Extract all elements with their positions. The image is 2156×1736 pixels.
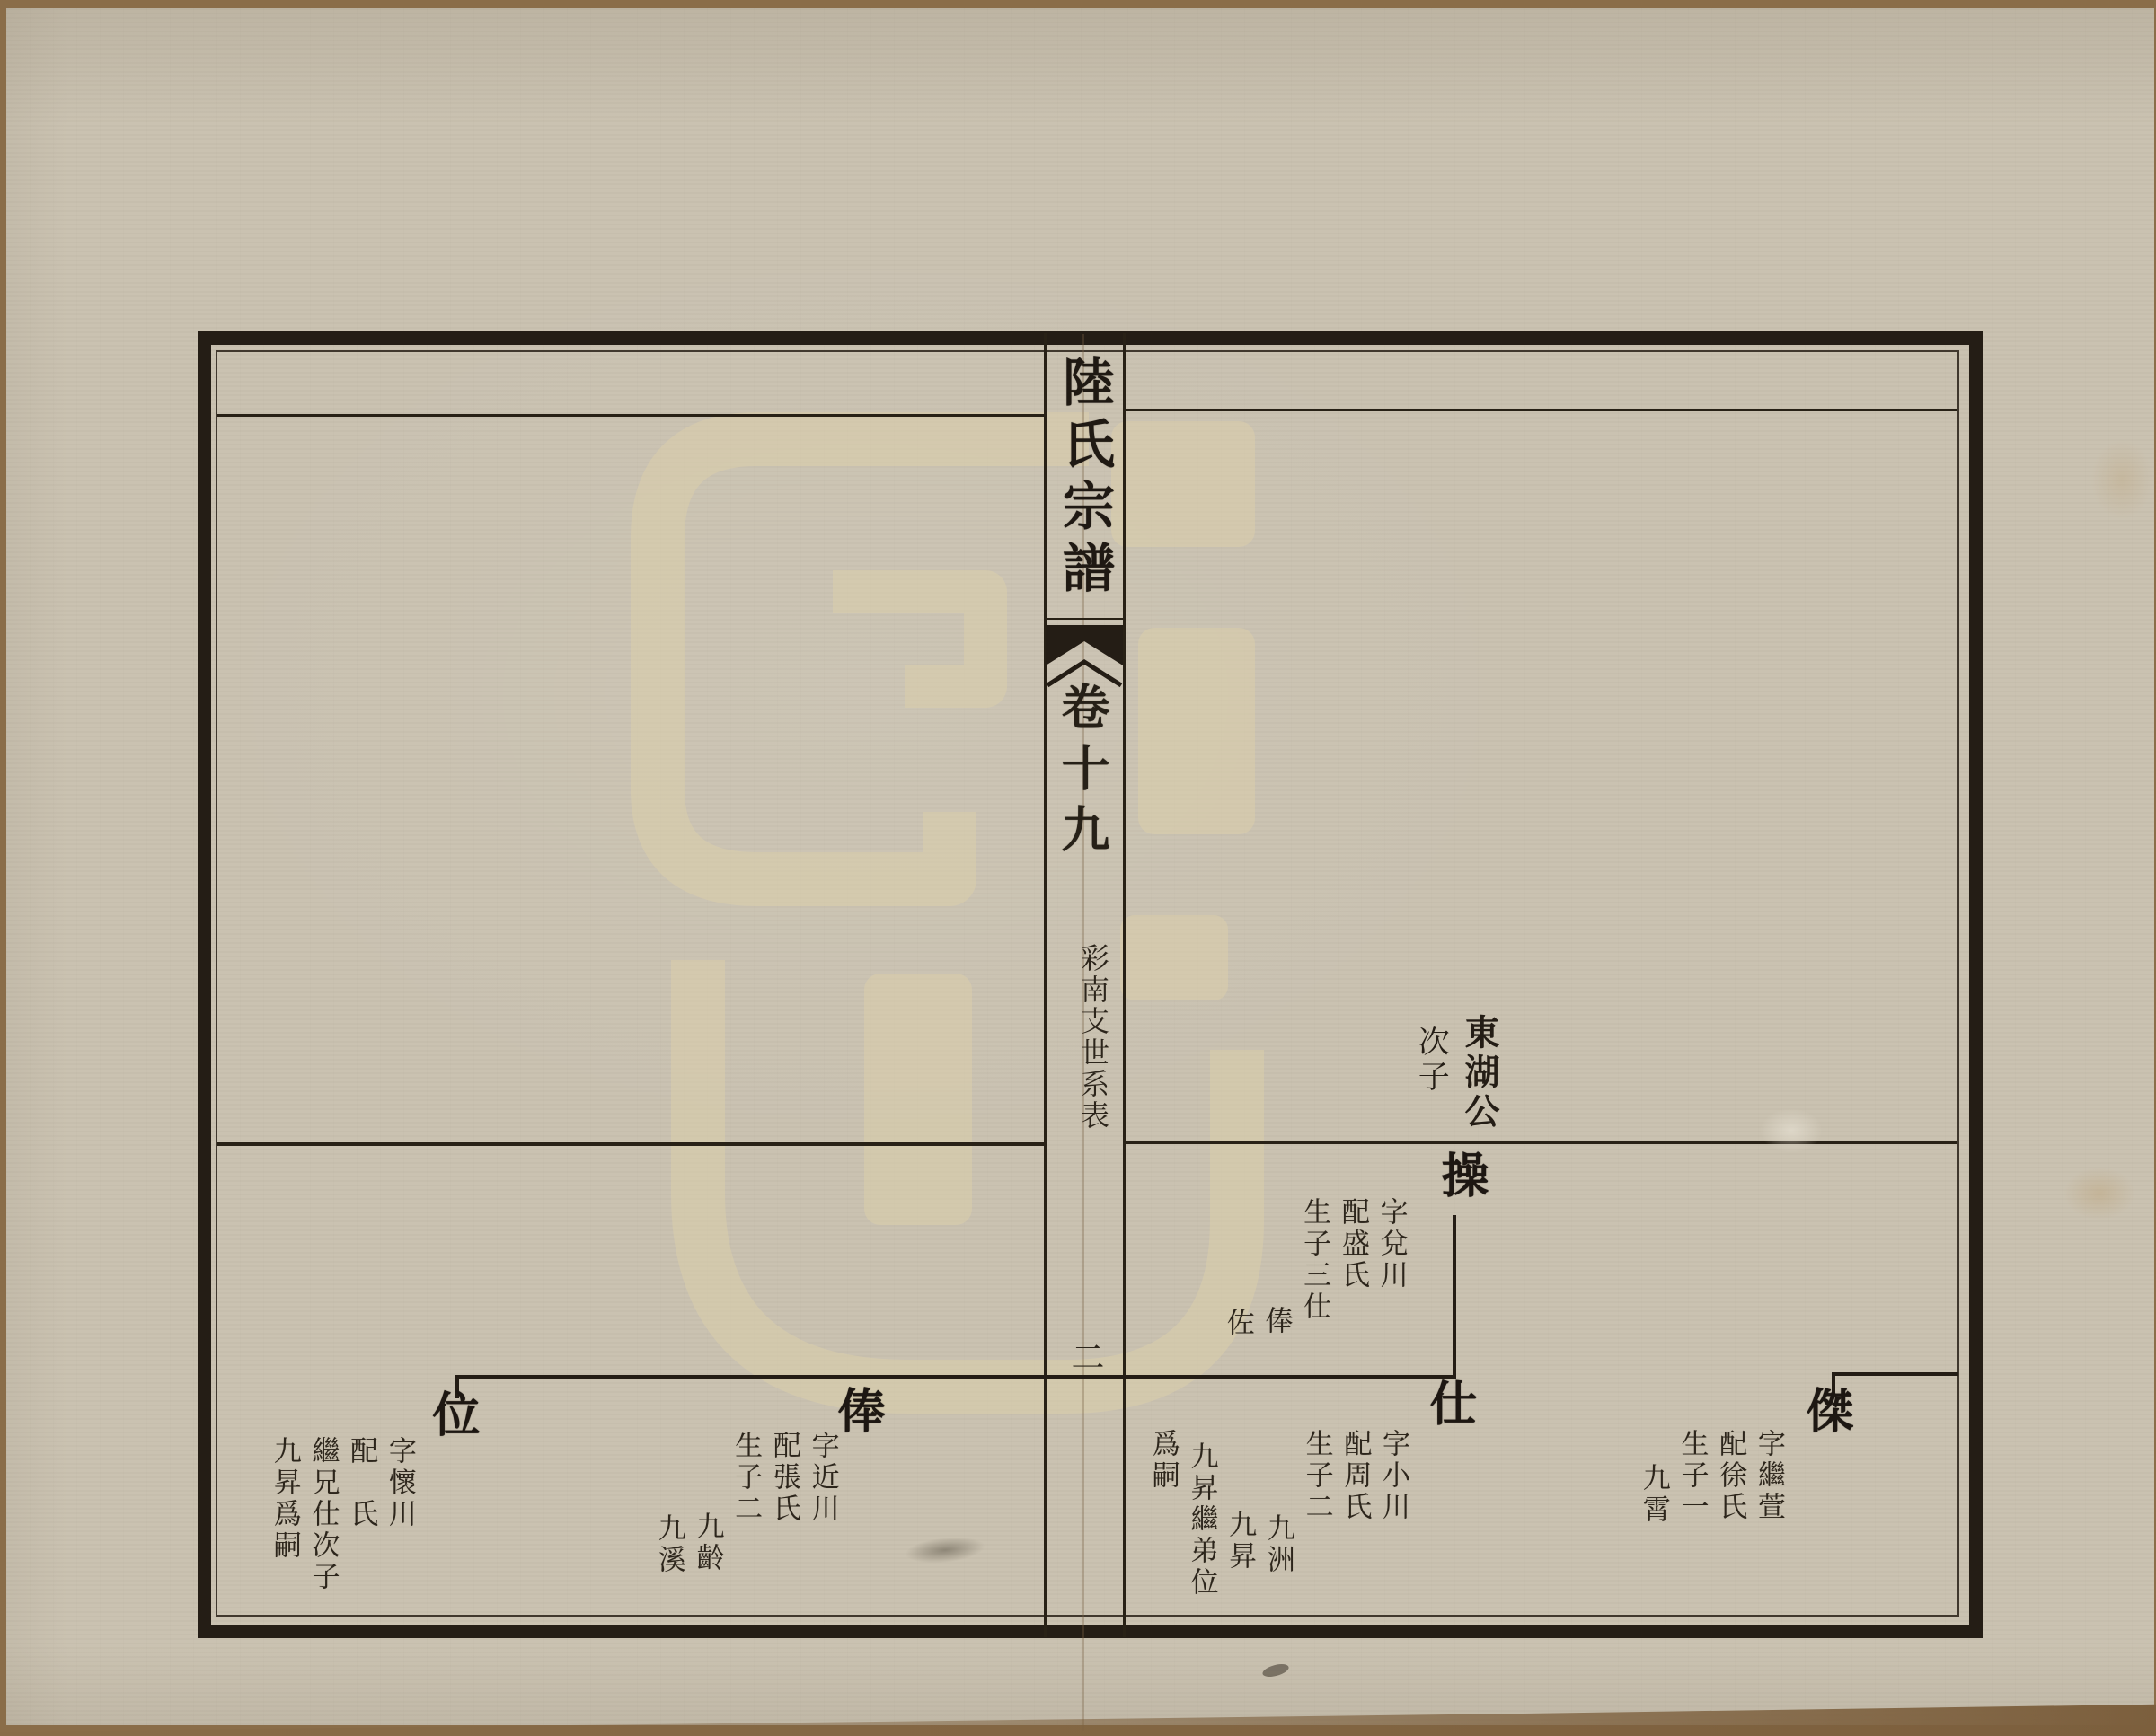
parent-note-relation: 次子 [1412, 1025, 1450, 1158]
note-column: 九洲 [1262, 1513, 1294, 1613]
person-note-wei: 字懷川 配 氏 繼兄仕次子 九昇爲嗣 [261, 1436, 415, 1620]
top-rule-right [1126, 409, 1957, 411]
paper-sheet: 陸氏宗譜 卷十九 彩南支世系表 二 東湖公 次子 操 字兌川 配盛氏 生子三仕 … [6, 8, 2154, 1725]
note-column: 九昇爲嗣 [269, 1436, 300, 1620]
foxing-stain [2090, 439, 2153, 520]
fishtail-icon [1045, 622, 1125, 691]
section-label: 彩南支世系表 [1076, 943, 1114, 1150]
note-column: 九霄 [1638, 1463, 1669, 1591]
note-column: 生子二 [1301, 1429, 1332, 1613]
parent-note: 東湖公 次子 [1408, 1014, 1499, 1158]
note-column: 九齡 [692, 1511, 723, 1592]
note-column: 配盛氏 [1337, 1197, 1368, 1354]
page-number: 二 [1065, 1330, 1110, 1371]
person-name-feng: 俸 [837, 1386, 891, 1441]
note-column: 九昇 [1224, 1510, 1255, 1613]
cao-descent-line [1453, 1215, 1456, 1379]
children-connector-line [455, 1375, 1455, 1379]
jie-connector-line [1832, 1372, 1958, 1376]
person-name-shi: 仕 [1429, 1379, 1483, 1434]
ink-speck [1261, 1661, 1290, 1679]
person-name-cao: 操 [1441, 1150, 1495, 1206]
note-column: 爲嗣 [1147, 1429, 1179, 1613]
note-column: 字兌川 [1375, 1197, 1407, 1354]
person-name-jie: 傑 [1806, 1386, 1860, 1441]
scanned-genealogy-page: 陸氏宗譜 卷十九 彩南支世系表 二 東湖公 次子 操 字兌川 配盛氏 生子三仕 … [0, 0, 2156, 1736]
note-column: 繼兄仕次子 [307, 1436, 339, 1620]
note-column: 字小川 [1377, 1429, 1409, 1613]
generation-rule-right [1126, 1141, 1957, 1144]
note-column: 配 氏 [345, 1436, 376, 1620]
note-column: 字懷川 [384, 1436, 415, 1620]
note-column: 九溪 [653, 1513, 685, 1592]
note-column: 九昇繼弟位 [1186, 1441, 1217, 1613]
person-note-cao: 字兌川 配盛氏 生子三仕 俸 佐 [1215, 1197, 1407, 1354]
note-column: 俸 [1260, 1306, 1292, 1354]
note-column: 字繼萱 [1753, 1429, 1784, 1591]
note-column: 生子二 [729, 1431, 761, 1592]
spine-right-line [1123, 333, 1126, 1637]
top-rule-left [217, 414, 1046, 417]
note-column: 字近川 [807, 1431, 838, 1592]
note-column: 生子三仕 [1298, 1197, 1330, 1354]
note-column: 配張氏 [768, 1431, 800, 1592]
person-name-wei: 位 [432, 1389, 486, 1445]
volume-label: 卷十九 [1057, 682, 1117, 906]
note-column: 配徐氏 [1714, 1429, 1745, 1591]
note-column: 生子一 [1676, 1429, 1708, 1591]
note-column: 佐 [1222, 1308, 1253, 1354]
person-note-feng: 字近川 配張氏 生子二 九齡 九溪 [646, 1431, 838, 1592]
person-note-jie: 字繼萱 配徐氏 生子一 九霄 [1630, 1429, 1784, 1591]
parent-note-name: 東湖公 [1457, 1014, 1499, 1158]
paper-scuff [1760, 1108, 1823, 1153]
note-column: 配周氏 [1339, 1429, 1371, 1613]
generation-rule-left [217, 1142, 1046, 1146]
page-title: 陸氏宗譜 [1051, 355, 1121, 624]
foxing-stain [2063, 1167, 2135, 1220]
person-note-shi: 字小川 配周氏 生子二 九洲 九昇 九昇繼弟位 爲嗣 [1140, 1429, 1409, 1613]
